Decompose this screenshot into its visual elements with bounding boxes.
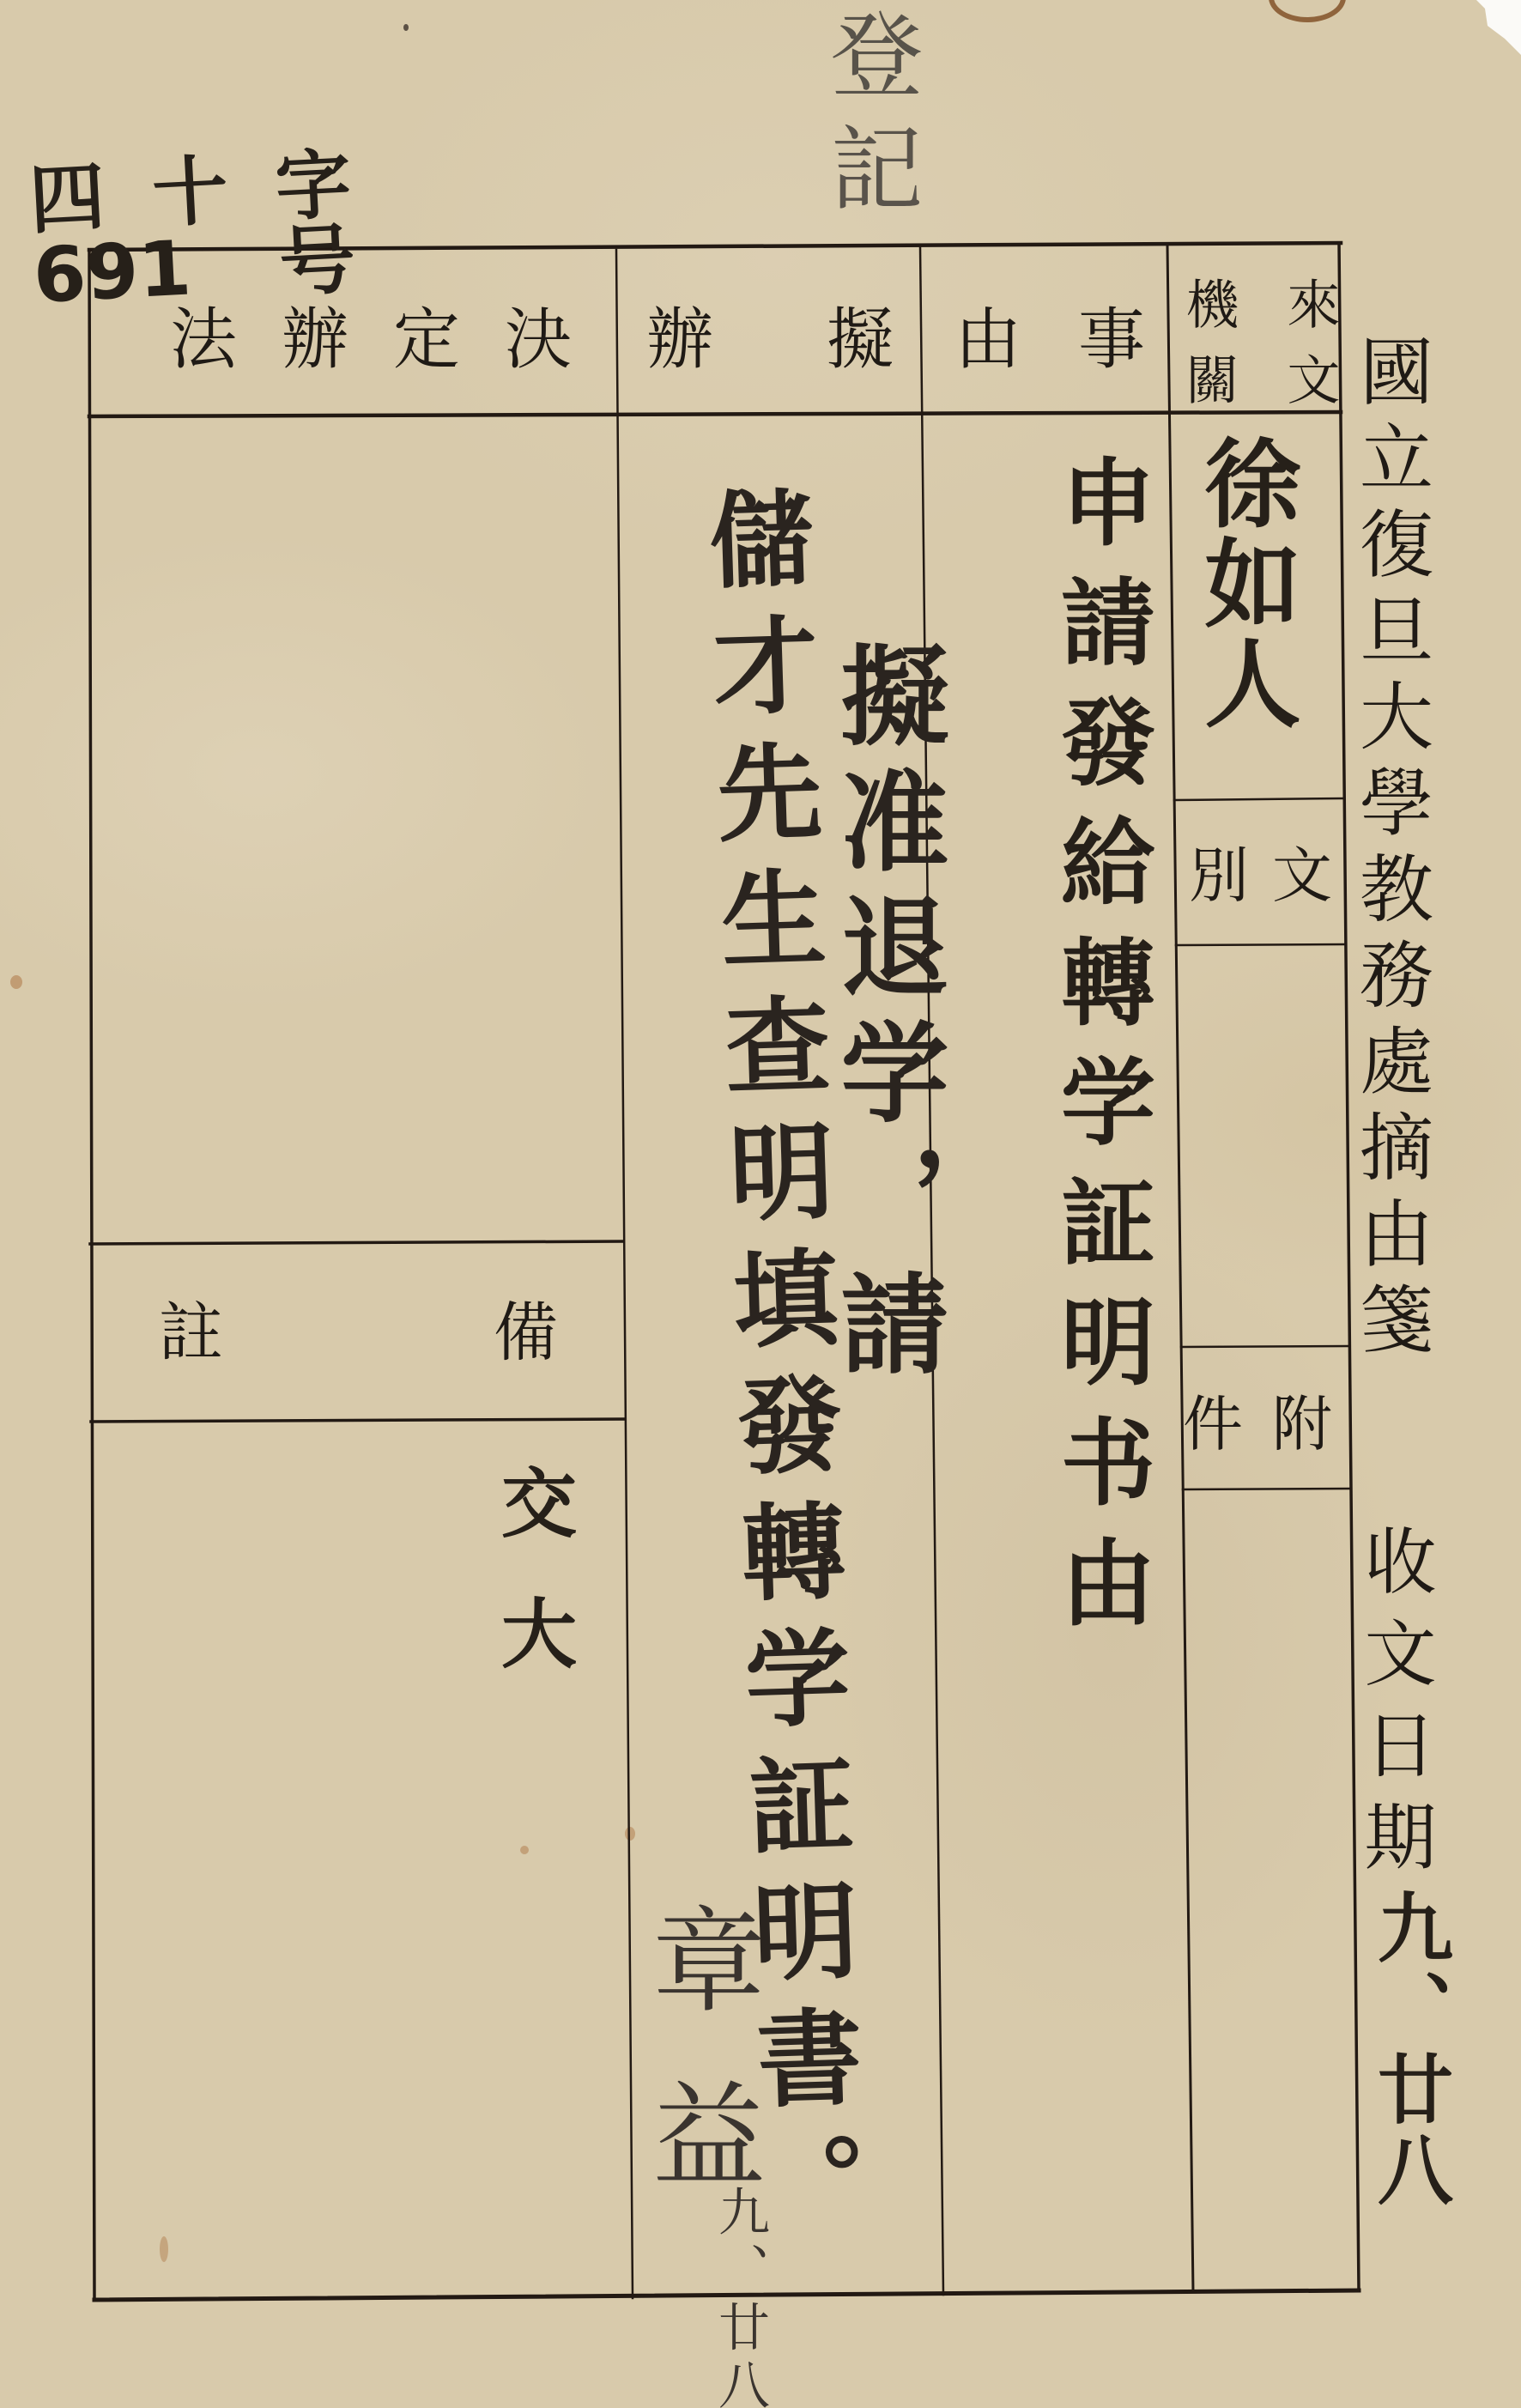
remarks-value: 交大 <box>494 1464 571 1670</box>
sender-value: 徐如人 <box>1197 434 1293 730</box>
grid-remarks-top <box>90 1241 623 1244</box>
registration-mark: 登記 <box>820 7 914 213</box>
document-type-label: 文別 <box>1189 846 1332 907</box>
grid-doctype-bottom <box>1176 944 1346 945</box>
header-proposed-action: 擬辦 <box>646 306 894 377</box>
header-subject: 事由 <box>954 306 1145 377</box>
grid-left-border <box>89 250 94 2300</box>
grid-attachments-bottom <box>1183 1489 1351 1489</box>
subject-value: 申請發給轉学証明书由 <box>1049 453 1148 1628</box>
grid-doctype-top <box>1174 798 1344 800</box>
grid-remarks-bottom <box>91 1419 624 1422</box>
header-sender-line1: 來文 <box>1282 276 1336 405</box>
received-date-value: 九、廿八 <box>1370 1889 1447 2206</box>
proposed-action-line1: 擬准退学，請 <box>828 640 940 1376</box>
remarks-label: 備註 <box>159 1301 558 1368</box>
registration-number: 四十字691号 <box>27 146 354 257</box>
received-date-label: 收文日期 <box>1357 1524 1431 1871</box>
form-title: 國立復旦大學教務處摘由箋 <box>1351 333 1427 1355</box>
attachments-label: 附件 <box>1183 1394 1332 1456</box>
grid-divider-decision <box>616 250 633 2298</box>
header-decision: 決定辦法 <box>170 306 572 377</box>
approval-date: 九、廿八 <box>712 2185 766 2408</box>
grid-header-bottom-line <box>89 412 1341 416</box>
approver-signature: 章益 <box>639 1902 755 2189</box>
header-sender-line2: 機關 <box>1181 276 1234 405</box>
grid-attachments-top <box>1181 1346 1349 1347</box>
